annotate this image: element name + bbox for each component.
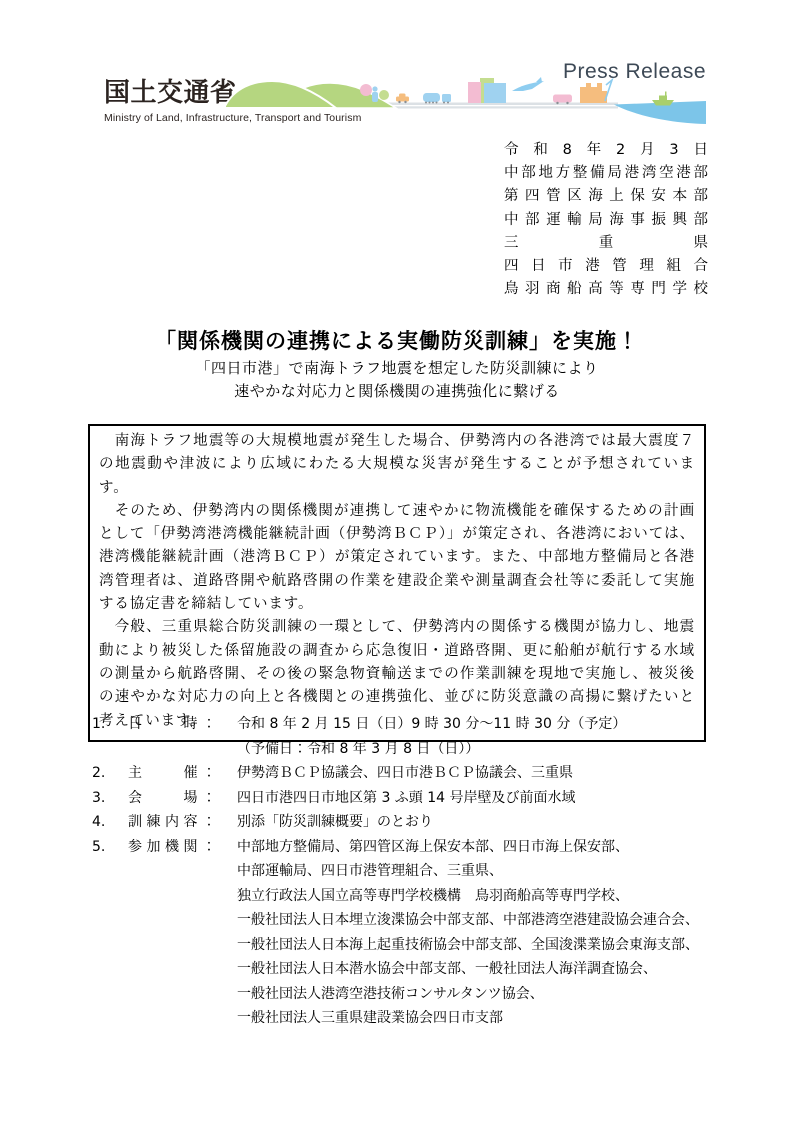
details-list: 1. 日 時： 令和 8 年 2 月 15 日（日）9 時 30 分～11 時 … <box>92 712 712 1031</box>
issuer-organization: 中部運輸局海事振興部 <box>504 209 708 232</box>
detail-number: 3. <box>92 786 128 811</box>
detail-number <box>92 933 128 958</box>
issuer-organization-list: 中部地方整備局港湾空港部 第四管区海上保安本部 中部運輸局海事振興部 三重県 四… <box>504 162 708 301</box>
ship-icon <box>652 92 674 106</box>
detail-number <box>92 884 128 909</box>
car-icon <box>396 94 409 104</box>
detail-label: 訓練内容： <box>128 810 224 835</box>
buildings-icon <box>468 78 506 103</box>
detail-label <box>128 884 224 909</box>
detail-number: 5. <box>92 835 128 860</box>
detail-value: 一般社団法人港湾空港技術コンサルタンツ協会、 <box>224 982 712 1007</box>
factory-icon <box>580 83 607 103</box>
detail-row: 3. 会 場： 四日市港四日市地区第 3 ふ頭 14 号岸壁及び前面水域 <box>92 786 712 811</box>
detail-label: 会 場： <box>128 786 224 811</box>
detail-label: 主 催： <box>128 761 224 786</box>
crane-icon <box>605 80 612 101</box>
detail-number <box>92 908 128 933</box>
release-date: 令和8年2月3日 <box>504 139 708 162</box>
detail-label <box>128 957 224 982</box>
detail-row: （予備日：令和 8 年 3 月 8 日（日）） <box>92 737 712 762</box>
detail-row: 一般社団法人日本埋立浚渫協会中部支部、中部港湾空港建設協会連合会、 <box>92 908 712 933</box>
detail-row: 4. 訓練内容： 別添「防災訓練概要」のとおり <box>92 810 712 835</box>
detail-row: 独立行政法人国立高等専門学校機構 鳥羽商船高等専門学校、 <box>92 884 712 909</box>
title-block: 「関係機関の連携による実働防災訓練」を実施！ 「四日市港」で南海トラフ地震を想定… <box>0 325 794 402</box>
detail-label: 日 時： <box>128 712 224 737</box>
detail-row: 中部運輸局、四日市港管理組合、三重県、 <box>92 859 712 884</box>
detail-number <box>92 859 128 884</box>
detail-value: 中部運輸局、四日市港管理組合、三重県、 <box>224 859 712 884</box>
detail-number: 4. <box>92 810 128 835</box>
detail-number <box>92 982 128 1007</box>
detail-value: 四日市港四日市地区第 3 ふ頭 14 号岸壁及び前面水域 <box>224 786 712 811</box>
detail-number <box>92 957 128 982</box>
detail-row: 1. 日 時： 令和 8 年 2 月 15 日（日）9 時 30 分～11 時 … <box>92 712 712 737</box>
detail-value: 一般社団法人日本海上起重技術協会中部支部、全国浚渫業協会東海支部、 <box>224 933 712 958</box>
detail-number: 1. <box>92 712 128 737</box>
issuer-organization: 第四管区海上保安本部 <box>504 185 708 208</box>
detail-row: 一般社団法人日本潜水協会中部支部、一般社団法人海洋調査協会、 <box>92 957 712 982</box>
issuer-organization: 中部地方整備局港湾空港部 <box>504 162 708 185</box>
summary-box: 南海トラフ地震等の大規模地震が発生した場合、伊勢湾内の各港湾では最大震度７の地震… <box>88 424 706 742</box>
issuer-organization: 四日市港管理組合 <box>504 255 708 278</box>
summary-paragraph: 南海トラフ地震等の大規模地震が発生した場合、伊勢湾内の各港湾では最大震度７の地震… <box>99 430 695 500</box>
document-subtitle-line2: 速やかな対応力と関係機関の連携強化に繋げる <box>0 380 794 403</box>
detail-label <box>128 908 224 933</box>
detail-label <box>128 737 224 762</box>
detail-label: 参加機関： <box>128 835 224 860</box>
detail-number <box>92 1006 128 1031</box>
detail-value: 独立行政法人国立高等専門学校機構 鳥羽商船高等専門学校、 <box>224 884 712 909</box>
detail-value: 一般社団法人日本潜水協会中部支部、一般社団法人海洋調査協会、 <box>224 957 712 982</box>
detail-row: 5. 参加機関： 中部地方整備局、第四管区海上保安本部、四日市海上保安部、 <box>92 835 712 860</box>
person-icon <box>372 86 378 102</box>
detail-value: 伊勢湾ＢＣＰ協議会、四日市港ＢＣＰ協議会、三重県 <box>224 761 712 786</box>
detail-row: 一般社団法人三重県建設業協会四日市支部 <box>92 1006 712 1031</box>
detail-label <box>128 982 224 1007</box>
detail-row: 2. 主 催： 伊勢湾ＢＣＰ協議会、四日市港ＢＣＰ協議会、三重県 <box>92 761 712 786</box>
detail-number: 2. <box>92 761 128 786</box>
hills-icon <box>226 81 396 108</box>
airplane-icon <box>512 77 544 91</box>
document-title: 「関係機関の連携による実働防災訓練」を実施！ <box>0 325 794 357</box>
issuer-organization: 鳥羽商船高等専門学校 <box>504 278 708 301</box>
train-icon <box>423 93 451 104</box>
detail-number <box>92 737 128 762</box>
detail-label <box>128 1006 224 1031</box>
banner-illustration <box>226 74 706 128</box>
press-release-page: Press Release 国土交通省 Ministry of Land, In… <box>0 0 794 1123</box>
summary-paragraph: そのため、伊勢湾内の関係機関が連携して速やかに物流機能を確保するための計画として… <box>99 500 695 616</box>
detail-row: 一般社団法人日本海上起重技術協会中部支部、全国浚渫業協会東海支部、 <box>92 933 712 958</box>
detail-label <box>128 933 224 958</box>
detail-value: 令和 8 年 2 月 15 日（日）9 時 30 分～11 時 30 分（予定） <box>224 712 712 737</box>
detail-value: 別添「防災訓練概要」のとおり <box>224 810 712 835</box>
detail-label <box>128 859 224 884</box>
detail-value: 一般社団法人三重県建設業協会四日市支部 <box>224 1006 712 1031</box>
detail-value: （予備日：令和 8 年 3 月 8 日（日）） <box>224 737 712 762</box>
detail-value: 中部地方整備局、第四管区海上保安本部、四日市海上保安部、 <box>224 835 712 860</box>
detail-value: 一般社団法人日本埋立浚渫協会中部支部、中部港湾空港建設協会連合会、 <box>224 908 712 933</box>
document-subtitle-line1: 「四日市港」で南海トラフ地震を想定した防災訓練により <box>0 357 794 380</box>
issuer-organization: 三重県 <box>504 232 708 255</box>
issuer-block: 令和8年2月3日 中部地方整備局港湾空港部 第四管区海上保安本部 中部運輸局海事… <box>504 139 708 301</box>
detail-row: 一般社団法人港湾空港技術コンサルタンツ協会、 <box>92 982 712 1007</box>
